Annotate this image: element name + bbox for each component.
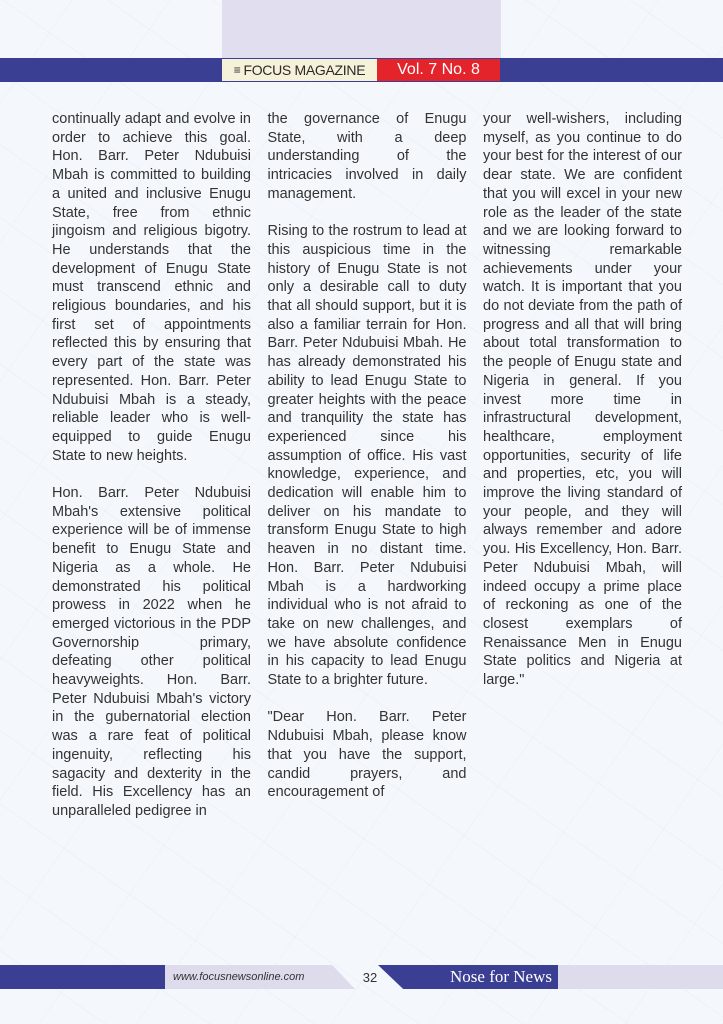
article-column-2: the governance of Enugu State, with a de… xyxy=(268,110,467,839)
paragraph: your well-wishers, including myself, as … xyxy=(483,110,682,690)
page-number: 32 xyxy=(355,965,385,989)
paragraph: continually adapt and evolve in order to… xyxy=(52,110,251,465)
magazine-logo-icon: ≡ xyxy=(234,63,241,77)
magazine-name: FOCUS MAGAZINE xyxy=(243,62,365,78)
footer-website-link[interactable]: www.focusnewsonline.com xyxy=(165,965,355,989)
footer-tagline: Nose for News xyxy=(378,965,558,989)
paragraph: Rising to the rostrum to lead at this au… xyxy=(268,222,467,690)
issue-badge: Vol. 7 No. 8 xyxy=(377,59,500,81)
footer-bar-left xyxy=(0,965,165,989)
magazine-name-label: ≡ FOCUS MAGAZINE xyxy=(222,59,377,81)
article-column-3: your well-wishers, including myself, as … xyxy=(483,110,682,839)
paragraph: the governance of Enugu State, with a de… xyxy=(268,110,467,204)
article-body: continually adapt and evolve in order to… xyxy=(52,110,682,839)
article-column-1: continually adapt and evolve in order to… xyxy=(52,110,251,839)
footer-bar-right xyxy=(558,965,723,989)
paragraph: Hon. Barr. Peter Ndubuisi Mbah's extensi… xyxy=(52,484,251,821)
header-top-panel xyxy=(222,0,501,58)
paragraph: "Dear Hon. Barr. Peter Ndubuisi Mbah, pl… xyxy=(268,708,467,802)
